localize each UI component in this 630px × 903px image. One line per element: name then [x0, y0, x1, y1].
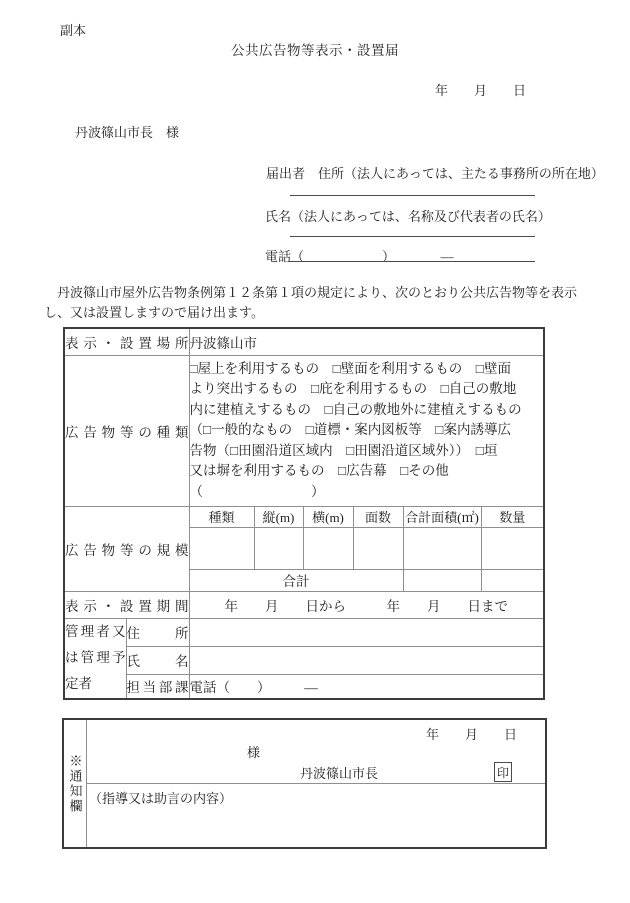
- address-underline: [290, 195, 535, 196]
- date-line: 年 月 日: [435, 80, 526, 99]
- kind-label: 広告物等の種類: [64, 355, 189, 506]
- intro-line-2: し、又は設置しますので届け出ます。: [44, 303, 578, 323]
- period-value: 年 月 日から 年 月 日まで: [189, 591, 544, 618]
- notice-guidance-label: （指導又は助言の内容）: [89, 788, 232, 807]
- location-value: 丹波篠山市: [189, 328, 544, 355]
- kind-options: □屋上を利用するもの □壁面を利用するもの □壁面 より突出するもの □庇を利用…: [189, 355, 544, 506]
- notice-date-line: 年 月 日: [426, 724, 517, 743]
- declarer-address-label: 届出者 住所（法人にあっては、主たる事務所の所在地）: [266, 163, 604, 182]
- phone-underline: [288, 261, 535, 262]
- seal-mark: 印: [494, 762, 512, 782]
- scale-col-type: 種類: [189, 506, 254, 527]
- scale-empty-cell: [254, 527, 303, 569]
- notice-side-label: ※通知欄: [66, 754, 85, 814]
- manager-label: 管理者又は管理予定者: [64, 618, 126, 699]
- manager-name-label: 氏名: [126, 646, 189, 674]
- kind-option-line: 告物（□田園沿道区域内 □田園沿道区域外）） □垣: [190, 441, 544, 462]
- addressee: 丹波篠山市長 様: [75, 122, 179, 141]
- intro-paragraph: 丹波篠山市屋外広告物条例第１２条第１項の規定により、次のとおり公共広告物等を表示…: [44, 283, 578, 322]
- kind-option-line: （ ）: [190, 482, 544, 503]
- manager-address-label: 住所: [126, 618, 189, 646]
- declarer-phone-row: 電話（ ） —: [265, 246, 454, 265]
- copy-label: 副本: [60, 20, 86, 39]
- location-label: 表示・設置場所: [64, 328, 189, 355]
- kind-option-line: 内に建植えするもの □自己の敷地外に建植えするもの: [190, 400, 544, 421]
- kind-option-line: □屋上を利用するもの □壁面を利用するもの □壁面: [190, 359, 544, 380]
- scale-label: 広告物等の規模: [64, 506, 189, 591]
- scale-total-area-cell: [403, 569, 481, 591]
- declarer-name-label: 氏名（法人にあっては、名称及び代表者の氏名）: [265, 206, 551, 225]
- application-table: 表示・設置場所 丹波篠山市 広告物等の種類 □屋上を利用するもの □壁面を利用す…: [63, 327, 545, 700]
- kind-option-line: 又は塀を利用するもの □広告幕 □その他: [190, 461, 544, 482]
- scale-empty-cell: [403, 527, 481, 569]
- scale-col-width: 横(m): [303, 506, 353, 527]
- kind-option-line: より突出するもの □庇を利用するもの □自己の敷地: [190, 379, 544, 400]
- kind-option-line: （□一般的なもの □道標・案内図板等 □案内誘導広: [190, 420, 544, 441]
- scale-empty-cell: [353, 527, 403, 569]
- notice-side-cell: ※通知欄: [64, 720, 87, 847]
- notice-recipient: 様: [247, 742, 260, 761]
- form-page: 副本 公共広告物等表示・設置届 年 月 日 丹波篠山市長 様 届出者 住所（法人…: [0, 0, 630, 903]
- name-underline: [290, 236, 535, 237]
- scale-empty-cell: [481, 527, 544, 569]
- scale-col-quantity: 数量: [481, 506, 544, 527]
- scale-col-height: 縦(m): [254, 506, 303, 527]
- manager-dept-label: 担当部課: [126, 674, 189, 699]
- period-label: 表示・設置期間: [64, 591, 189, 618]
- intro-line-1: 丹波篠山市屋外広告物条例第１２条第１項の規定により、次のとおり公共広告物等を表示: [44, 283, 578, 303]
- manager-address-value: [189, 618, 544, 646]
- scale-col-faces: 面数: [353, 506, 403, 527]
- manager-phone-value: 電話（ ） —: [189, 674, 544, 699]
- scale-empty-cell: [189, 527, 254, 569]
- notice-divider: [86, 783, 545, 784]
- scale-empty-cell: [303, 527, 353, 569]
- scale-total-label: 合計: [189, 569, 403, 591]
- manager-name-value: [189, 646, 544, 674]
- page-title: 公共広告物等表示・設置届: [0, 39, 630, 59]
- notice-box: ※通知欄 年 月 日 様 丹波篠山市長 印 （指導又は助言の内容）: [62, 718, 547, 849]
- notice-mayor: 丹波篠山市長: [300, 763, 378, 782]
- scale-col-total-area: 合計面積(㎡): [403, 506, 481, 527]
- scale-total-qty-cell: [481, 569, 544, 591]
